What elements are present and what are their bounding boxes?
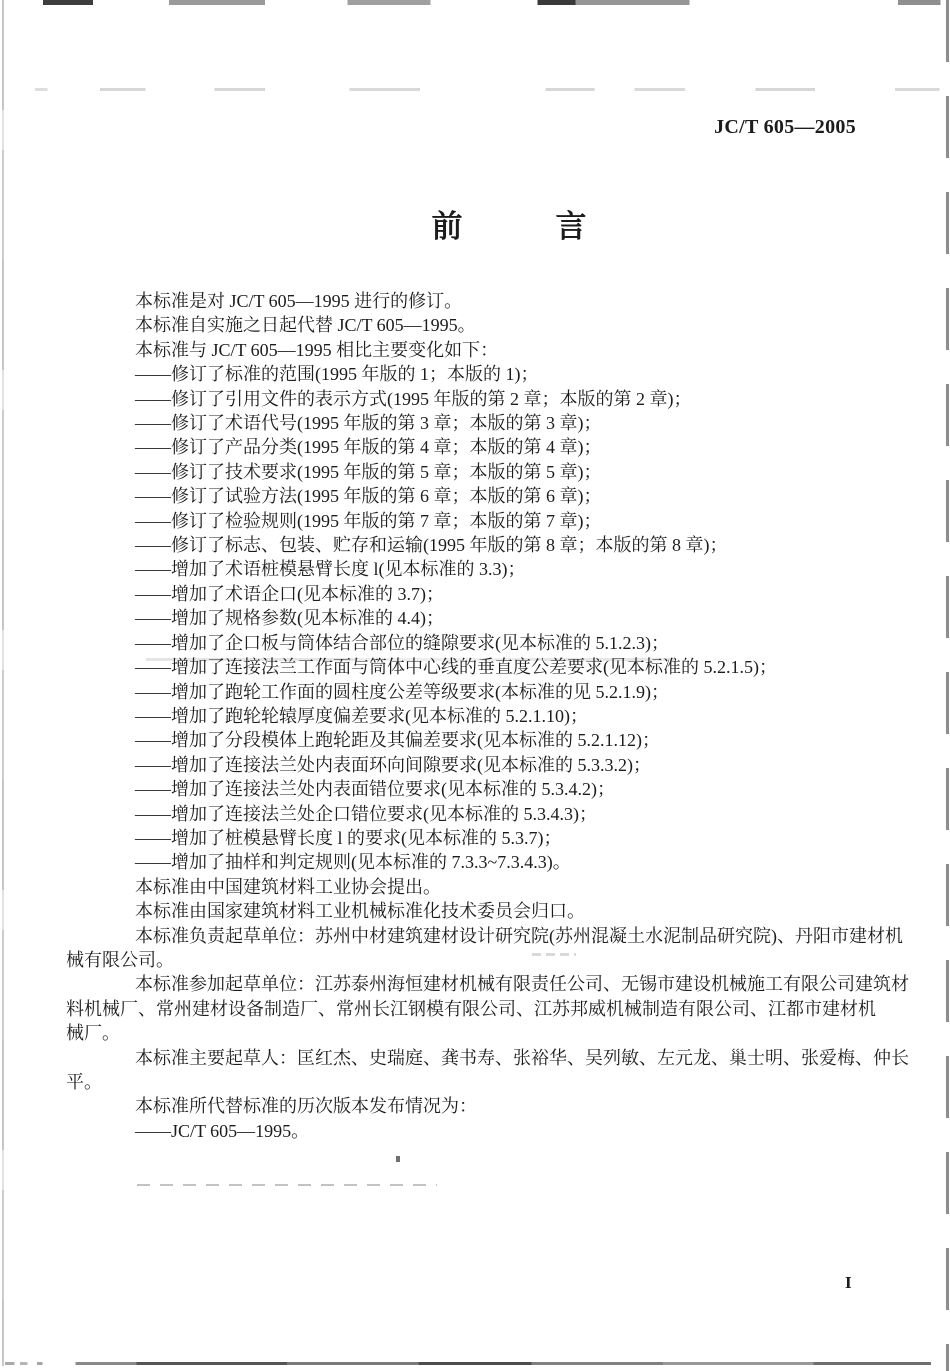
page-title: 前 言 [34, 201, 950, 246]
text-line: 本标准由中国建筑材料工业协会提出。 [66, 875, 892, 899]
text-line: 本标准由国家建筑材料工业机械标准化技术委员会归口。 [66, 899, 892, 923]
footer-scan-rule [5, 1362, 945, 1365]
text-line: 本标准是对 JC/T 605—1995 进行的修订。 [66, 289, 892, 313]
text-line: 本标准参加起草单位：江苏泰州海恒建材机械有限责任公司、无锡市建设机械施工有限公司… [66, 972, 892, 996]
text-line: ——增加了桩模悬臂长度 l 的要求(见本标准的 5.3.7)； [66, 826, 892, 850]
text-line: ——JC/T 605—1995。 [66, 1119, 892, 1143]
foreword-lines: 本标准是对 JC/T 605—1995 进行的修订。本标准自实施之日起代替 JC… [66, 289, 892, 1143]
text-line: ——修订了标准的范围(1995 年版的 1；本版的 1)； [66, 362, 892, 386]
text-line: 料机械厂、常州建材设备制造厂、常州长江钢模有限公司、江苏邦威机械制造有限公司、江… [66, 997, 892, 1021]
mid-dashed-scan-artifact [137, 1184, 437, 1186]
text-line: ——修订了引用文件的表示方式(1995 年版的第 2 章；本版的第 2 章)； [66, 387, 892, 411]
text-line: ——增加了分段模体上跑轮距及其偏差要求(见本标准的 5.2.1.12)； [66, 728, 892, 752]
text-line: ——增加了跑轮轮辕厚度偏差要求(见本标准的 5.2.1.10)； [66, 704, 892, 728]
text-line: 平。 [66, 1070, 892, 1094]
text-line: ——增加了抽样和判定规则(见本标准的 7.3.3~7.3.4.3)。 [66, 850, 892, 874]
text-line: 本标准负责起草单位：苏州中材建筑建材设计研究院(苏州混凝土水泥制品研究院)、丹阳… [66, 924, 892, 948]
text-line: ——修订了产品分类(1995 年版的第 4 章；本版的第 4 章)； [66, 435, 892, 459]
page-number: I [845, 1273, 852, 1293]
header-dashed-rule-artifact [0, 88, 950, 91]
text-line: ——修订了试验方法(1995 年版的第 6 章；本版的第 6 章)； [66, 484, 892, 508]
text-line: ——增加了连接法兰处内表面错位要求(见本标准的 5.3.4.2)； [66, 777, 892, 801]
scanned-standard-page: { "page": { "standard_code": "JC/T 605—2… [0, 0, 950, 1371]
ink-speck [396, 1156, 400, 1162]
text-line: ——增加了术语企口(见本标准的 3.7)； [66, 582, 892, 606]
standard-code: JC/T 605—2005 [714, 116, 856, 139]
text-line: ——增加了连接法兰工作面与筒体中心线的垂直度公差要求(见本标准的 5.2.1.5… [66, 655, 892, 679]
text-line: 本标准与 JC/T 605—1995 相比主要变化如下： [66, 338, 892, 362]
text-line: 械有限公司。 [66, 948, 892, 972]
text-line: ——增加了规格参数(见本标准的 4.4)； [66, 606, 892, 630]
text-line: ——修订了术语代号(1995 年版的第 3 章；本版的第 3 章)； [66, 411, 892, 435]
top-edge-scan-artifact [0, 0, 950, 5]
left-edge-scan-artifact [2, 0, 4, 1366]
text-line: ——增加了跑轮工作面的圆柱度公差等级要求(本标准的见 5.2.1.9)； [66, 680, 892, 704]
text-line: 本标准自实施之日起代替 JC/T 605—1995。 [66, 313, 892, 337]
text-line: ——修订了标志、包装、贮存和运输(1995 年版的第 8 章；本版的第 8 章)… [66, 533, 892, 557]
text-line: 械厂。 [66, 1021, 892, 1045]
text-line: 本标准主要起草人：匡红杰、史瑞庭、龚书寿、张裕华、吴列敏、左元龙、巢士明、张爱梅… [66, 1046, 892, 1070]
text-line: ——增加了术语桩模悬臂长度 l(见本标准的 3.3)； [66, 557, 892, 581]
text-line: ——增加了连接法兰处企口错位要求(见本标准的 5.3.4.3)； [66, 802, 892, 826]
text-line: ——修订了技术要求(1995 年版的第 5 章；本版的第 5 章)； [66, 460, 892, 484]
text-line: ——增加了企口板与筒体结合部位的缝隙要求(见本标准的 5.1.2.3)； [66, 631, 892, 655]
text-line: 本标准所代替标准的历次版本发布情况为： [66, 1094, 892, 1118]
text-line: ——增加了连接法兰处内表面环向间隙要求(见本标准的 5.3.3.2)； [66, 753, 892, 777]
text-line: ——修订了检验规则(1995 年版的第 7 章；本版的第 7 章)； [66, 509, 892, 533]
